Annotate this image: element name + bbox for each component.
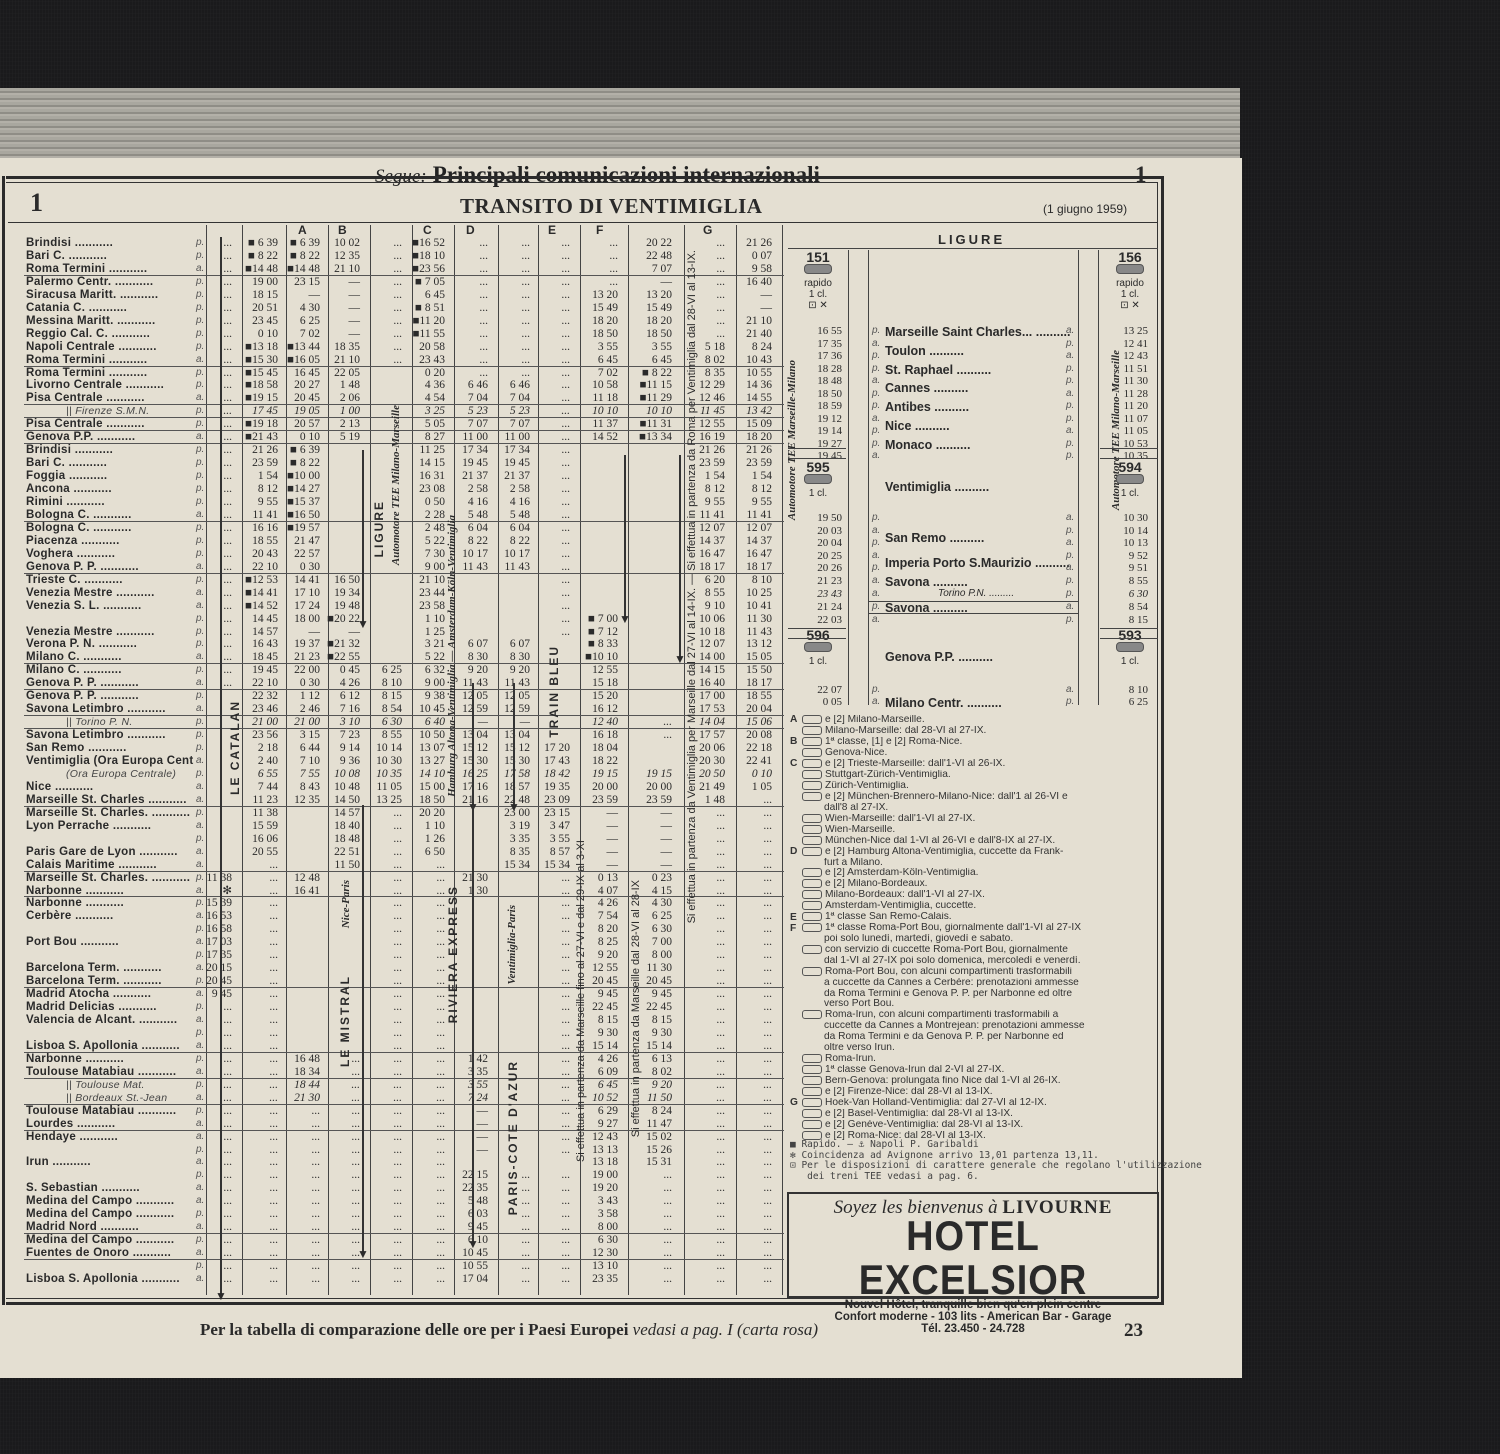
- station-name: Nice ..........: [885, 419, 950, 433]
- station-name: Genova P. P. ...........: [26, 690, 194, 702]
- time-cell: ...: [360, 897, 402, 909]
- time-cell: ...: [190, 1195, 232, 1207]
- footnote-text: Milano-Marseille: dal 28-VI al 27-IX.: [825, 726, 986, 736]
- arrival-departure-marker: a.: [196, 794, 204, 806]
- time-cell: ■ 7 05: [403, 276, 445, 288]
- time-cell: ...: [528, 315, 570, 327]
- time-cell: ...: [190, 392, 232, 404]
- timetable-row: Hendaye ...........a...................—…: [24, 1131, 784, 1143]
- time-cell: ...: [528, 1092, 570, 1104]
- row-separator: [24, 366, 784, 367]
- time-cell: ...: [488, 250, 530, 262]
- time-cell: ■10 10: [576, 651, 618, 663]
- time-cell: 1 10: [403, 613, 445, 625]
- time-cell: 23 59: [576, 794, 618, 806]
- time-cell: 0 10: [236, 328, 278, 340]
- time-cell: ...: [528, 600, 570, 612]
- time-cell: 12 05: [488, 690, 530, 702]
- station-name: Madrid Atocha ...........: [26, 988, 194, 1000]
- time-cell: 20 45: [190, 975, 232, 987]
- time-cell: ■15 45: [236, 367, 278, 379]
- footnote-text: Wien-Marseille: dall'1-VI al 27-IX.: [825, 814, 975, 824]
- time-cell: 21 40: [730, 328, 772, 340]
- arrow-down-icon: ▼: [467, 1237, 479, 1251]
- time-cell: ...: [528, 1118, 570, 1130]
- time-cell: 17 24: [278, 600, 320, 612]
- time-cell: 2 06: [318, 392, 360, 404]
- time-cell: ...: [360, 859, 402, 871]
- timetable-row: Lyon Perrache ...........a.15 5918 40...…: [24, 820, 784, 832]
- carriage-icon: [802, 726, 822, 735]
- time-cell: 8 54: [360, 703, 402, 715]
- time-cell: ...: [683, 1156, 725, 1168]
- footnote-letter: E: [790, 913, 802, 924]
- time-cell: 18 55: [730, 690, 772, 702]
- arrival-departure-marker: p.: [872, 601, 880, 612]
- station-name: Venezia Mestre ...........: [26, 587, 194, 599]
- time-cell: ...: [730, 975, 772, 987]
- time-cell: 19 05: [278, 405, 320, 417]
- time-cell: 6 30: [1108, 588, 1148, 600]
- timetable-row: Paris Gare de Lyon ...........a.20 5522 …: [24, 846, 784, 858]
- carriage-icon: [802, 1109, 822, 1118]
- arrival-departure-marker: a.: [872, 525, 880, 536]
- time-cell: ...: [190, 535, 232, 547]
- timetable-row: Pisa Centrale ...........a....■19 1520 4…: [24, 392, 784, 404]
- arrival-departure-marker: a.: [196, 755, 204, 767]
- footnote: Roma-Irun.: [790, 1054, 1160, 1065]
- time-cell: ...: [190, 496, 232, 508]
- time-cell: 2 18: [236, 742, 278, 754]
- column-letter: F: [596, 223, 603, 237]
- time-cell: ...: [730, 846, 772, 858]
- arrival-departure-marker: a.: [872, 450, 880, 461]
- time-cell: 14 15: [403, 457, 445, 469]
- time-cell: ...: [190, 289, 232, 301]
- footnote: a cuccette da Cannes a Cerbère: prenotaz…: [790, 978, 1160, 989]
- timetable-row: Nice ...........a.7 448 4310 4811 0515 0…: [24, 781, 784, 793]
- time-cell: ...: [730, 962, 772, 974]
- footnote: e [2] Genève-Ventimiglia: dal 28-VI al 1…: [790, 1120, 1160, 1131]
- time-cell: ...: [360, 923, 402, 935]
- time-cell: ...: [190, 1053, 232, 1065]
- time-cell: —: [446, 1131, 488, 1143]
- time-cell: ■ 8 22: [278, 457, 320, 469]
- arrival-departure-marker: a.: [872, 338, 880, 349]
- time-cell: 21 37: [488, 470, 530, 482]
- time-cell: ✻: [190, 885, 232, 897]
- time-cell: ...: [488, 1260, 530, 1272]
- time-cell: 19 20: [576, 1182, 618, 1194]
- time-cell: ...: [528, 405, 570, 417]
- footnote-text: Genova-Nice.: [825, 748, 887, 758]
- time-cell: 3 55: [446, 1079, 488, 1091]
- time-cell: ...: [683, 1066, 725, 1078]
- time-cell: ...: [190, 509, 232, 521]
- time-cell: 11 43: [730, 626, 772, 638]
- time-cell: ...: [190, 470, 232, 482]
- time-cell: 15 49: [630, 302, 672, 314]
- carriage-icon: [802, 737, 822, 746]
- row-separator: [24, 728, 784, 729]
- timetable-row: Venezia Mestre ...........a....■14 4117 …: [24, 587, 784, 599]
- time-cell: 3 47: [528, 820, 570, 832]
- time-cell: 10 10: [630, 405, 672, 417]
- arrival-departure-marker: p.: [872, 425, 880, 436]
- station-name: Bari C. ...........: [26, 457, 194, 469]
- time-cell: ...: [236, 1169, 278, 1181]
- carriage-icon: [802, 945, 822, 954]
- time-cell: ...: [236, 1118, 278, 1130]
- time-cell: 12 59: [488, 703, 530, 715]
- time-cell: ...: [528, 1079, 570, 1091]
- time-cell: 8 10: [360, 677, 402, 689]
- time-cell: ...: [190, 444, 232, 456]
- arrival-departure-marker: a.: [1066, 601, 1074, 612]
- time-cell: ...: [236, 1144, 278, 1156]
- through-train-arrow: [513, 683, 515, 808]
- footnote-text: da Roma Termini e da Genova P. P. per Na…: [824, 1032, 1064, 1042]
- time-cell: 18 48: [802, 375, 842, 387]
- time-cell: ■11 15: [630, 379, 672, 391]
- timetable-grid: ABCDEFG Brindisi ...........p....■ 6 39■…: [24, 225, 784, 1305]
- arrival-departure-marker: p.: [1066, 450, 1074, 461]
- arrival-departure-marker: p.: [1066, 363, 1074, 374]
- time-cell: ...: [190, 664, 232, 676]
- time-cell: 16 43: [236, 638, 278, 650]
- time-cell: ■ 8 33: [576, 638, 618, 650]
- timetable-row: Catania C. ...........p....20 514 30—...…: [24, 302, 784, 314]
- time-cell: ...: [360, 1131, 402, 1143]
- time-cell: ...: [190, 1001, 232, 1013]
- time-cell: 22 41: [730, 755, 772, 767]
- time-cell: ...: [576, 263, 618, 275]
- time-cell: 6 46: [446, 379, 488, 391]
- time-cell: ...: [190, 379, 232, 391]
- arrival-departure-marker: a.: [1066, 425, 1074, 436]
- time-cell: ...: [278, 1131, 320, 1143]
- time-cell: ...: [318, 1273, 360, 1285]
- time-cell: 6 25: [278, 315, 320, 327]
- time-cell: ...: [190, 405, 232, 417]
- time-cell: ...: [403, 1079, 445, 1091]
- footnote: Bern-Genova: prolungata fino Nice dal 1-…: [790, 1076, 1160, 1087]
- time-cell: 15 20: [576, 690, 618, 702]
- timetable-row: Savona Letimbro ...........p.23 563 157 …: [24, 729, 784, 741]
- time-cell: 10 41: [730, 600, 772, 612]
- time-cell: ...: [360, 846, 402, 858]
- station-name: Savona ..........: [885, 575, 968, 589]
- time-cell: 20 00: [576, 781, 618, 793]
- time-cell: 7 23: [318, 729, 360, 741]
- time-cell: 3 15: [278, 729, 320, 741]
- time-cell: —: [446, 1144, 488, 1156]
- time-cell: ...: [446, 276, 488, 288]
- time-cell: ...: [528, 1040, 570, 1052]
- footnote-text: dal 1-VI al 27-IX poi solo domenica, mer…: [824, 956, 1081, 966]
- station-name: Milano C. ...........: [26, 651, 194, 663]
- time-cell: 18 15: [236, 289, 278, 301]
- time-cell: 23 45: [236, 315, 278, 327]
- time-cell: 11 50: [318, 859, 360, 871]
- carriage-icon: [802, 923, 822, 932]
- timetable-row: || Toulouse Mat.p.......18 44.........3 …: [24, 1079, 784, 1091]
- arrow-down-icon: ▼: [357, 1247, 369, 1261]
- time-cell: ■14 48: [236, 263, 278, 275]
- time-cell: ...: [683, 949, 725, 961]
- time-cell: ...: [360, 872, 402, 884]
- timetable-row: Medina del Campo ...........p...........…: [24, 1208, 784, 1220]
- station-name: Pisa Centrale ...........: [26, 418, 194, 430]
- time-cell: ...: [730, 1221, 772, 1233]
- arrival-departure-marker: p.: [1066, 438, 1074, 449]
- time-cell: —: [630, 276, 672, 288]
- footnote-text: Zürich-Ventimiglia.: [825, 781, 909, 791]
- time-cell: 13 25: [360, 794, 402, 806]
- time-cell: 19 45: [488, 457, 530, 469]
- through-train-arrow: [624, 455, 626, 620]
- carriage-icon: [802, 912, 822, 921]
- time-cell: ■13 34: [630, 431, 672, 443]
- train-header: 151rapido1 cl.⊡ ✕: [792, 252, 844, 311]
- station-name: Savona Letimbro ...........: [26, 729, 194, 741]
- train-class: 1 cl.: [809, 656, 827, 667]
- timetable-row: p................9 309 30......: [24, 1027, 784, 1039]
- time-cell: ...: [190, 354, 232, 366]
- ligure-rule: [1100, 628, 1158, 629]
- time-cell: 19 00: [236, 276, 278, 288]
- time-cell: 20 03: [802, 525, 842, 537]
- arrival-departure-marker: p.: [1066, 588, 1074, 599]
- time-cell: 18 00: [278, 613, 320, 625]
- station-name: S. Sebastian ...........: [26, 1182, 194, 1194]
- arrival-departure-marker: p.: [1066, 525, 1074, 536]
- time-cell: 7 30: [403, 548, 445, 560]
- time-cell: ...: [403, 885, 445, 897]
- time-cell: 20 25: [802, 550, 842, 562]
- time-cell: ...: [278, 1221, 320, 1233]
- station-name: Ventimiglia (Ora Europa Centrale) ......…: [26, 755, 194, 767]
- time-cell: 2 58: [488, 483, 530, 495]
- time-cell: 14 57: [236, 626, 278, 638]
- time-cell: ...: [528, 1001, 570, 1013]
- time-cell: ...: [190, 522, 232, 534]
- footnote-text: da Roma Termini e Genova P. P. per Narbo…: [824, 989, 1072, 999]
- arrow-down-icon: ▼: [619, 612, 631, 626]
- time-cell: ...: [190, 574, 232, 586]
- arrival-departure-marker: p.: [1066, 575, 1074, 586]
- time-cell: 21 26: [730, 444, 772, 456]
- time-cell: 10 13: [1108, 537, 1148, 549]
- label-cote-azur-route: Ventimiglia-Paris: [506, 905, 518, 984]
- station-name: Ancona ...........: [26, 483, 194, 495]
- time-cell: ...: [528, 1014, 570, 1026]
- time-cell: ...: [190, 302, 232, 314]
- timetable-row: Milano C. ...........a....18 4521 23■22 …: [24, 651, 784, 663]
- time-cell: ...: [360, 1027, 402, 1039]
- time-cell: ...: [360, 237, 402, 249]
- station-name: Genova P.P. ...........: [26, 431, 194, 443]
- carriage-icon: [802, 868, 822, 877]
- time-cell: ...: [730, 1208, 772, 1220]
- ligure-divider: [868, 250, 869, 705]
- time-cell: 6 30: [576, 1234, 618, 1246]
- time-cell: ...: [190, 237, 232, 249]
- time-cell: 9 51: [1108, 562, 1148, 574]
- time-cell: 18 50: [630, 328, 672, 340]
- timetable-row: p.16 58............8 206 30......: [24, 923, 784, 935]
- time-cell: 6 25: [1108, 696, 1148, 708]
- footnote: con servizio di cuccette Roma-Port Bou, …: [790, 945, 1160, 956]
- footnote: F1ª classe Roma-Port Bou, giornalmente d…: [790, 923, 1160, 934]
- time-cell: ...: [630, 1195, 672, 1207]
- row-separator: [24, 871, 784, 872]
- station-name: Madrid Delicias ...........: [26, 1001, 194, 1013]
- time-cell: 15 00: [403, 781, 445, 793]
- time-cell: 6 44: [278, 742, 320, 754]
- time-cell: ...: [683, 1053, 725, 1065]
- timetable-row: Marseille St. Charles ...........a.11 23…: [24, 794, 784, 806]
- time-cell: 23 35: [576, 1273, 618, 1285]
- time-cell: ...: [190, 418, 232, 430]
- time-cell: ...: [190, 1014, 232, 1026]
- time-cell: ■19 57: [278, 522, 320, 534]
- time-cell: ...: [190, 1273, 232, 1285]
- time-cell: ...: [236, 859, 278, 871]
- time-cell: —: [576, 820, 618, 832]
- time-cell: ...: [318, 1144, 360, 1156]
- row-separator: [24, 404, 784, 405]
- time-cell: ...: [730, 1273, 772, 1285]
- time-cell: ...: [403, 1182, 445, 1194]
- timetable-row: Lourdes ...........a...................—…: [24, 1118, 784, 1130]
- time-cell: ...: [190, 1066, 232, 1078]
- station-name: Palermo Centr. ...........: [26, 276, 194, 288]
- time-cell: ■12 53: [236, 574, 278, 586]
- time-cell: 20 45: [278, 392, 320, 404]
- time-cell: ...: [730, 1066, 772, 1078]
- time-cell: 23 15: [528, 807, 570, 819]
- time-cell: 17 04: [446, 1273, 488, 1285]
- ligure-rule: [1100, 638, 1158, 639]
- time-cell: ...: [360, 1092, 402, 1104]
- station-name: Genova P.P. ..........: [885, 650, 993, 664]
- time-cell: 0 07: [730, 250, 772, 262]
- time-cell: ...: [730, 936, 772, 948]
- time-cell: 18 28: [802, 363, 842, 375]
- footnote-text: 1ª classe Roma-Port Bou, giornalmente da…: [825, 923, 1081, 933]
- footnote: Genova-Nice.: [790, 748, 1160, 759]
- time-cell: 12 41: [1108, 338, 1148, 350]
- time-cell: ...: [190, 367, 232, 379]
- time-cell: 6 03: [446, 1208, 488, 1220]
- time-cell: 12 07: [730, 522, 772, 534]
- time-cell: 10 35: [1108, 450, 1148, 462]
- time-cell: ...: [190, 638, 232, 650]
- station-name: Lisboa S. Apollonia ...........: [26, 1273, 194, 1285]
- time-cell: ...: [236, 962, 278, 974]
- time-cell: ...: [190, 626, 232, 638]
- timetable-row: Palermo Centr. ...........p....19 0023 1…: [24, 276, 784, 288]
- time-cell: ...: [236, 1014, 278, 1026]
- arrival-departure-marker: p.: [196, 807, 204, 819]
- time-cell: 18 40: [318, 820, 360, 832]
- time-cell: ...: [446, 263, 488, 275]
- time-cell: ...: [318, 1092, 360, 1104]
- footnote: E1ª classe San Remo-Calais.: [790, 912, 1160, 923]
- time-cell: 16 40: [730, 276, 772, 288]
- time-cell: ...: [190, 328, 232, 340]
- time-cell: ...: [190, 587, 232, 599]
- time-cell: 11 28: [1108, 388, 1148, 400]
- station-name: Marseille Saint Charles... ..........: [885, 325, 1071, 339]
- time-cell: 19 34: [318, 587, 360, 599]
- time-cell: ...: [190, 315, 232, 327]
- time-cell: 19 35: [528, 781, 570, 793]
- restaurant-icon: ⊡ ✕: [808, 300, 828, 311]
- arrival-departure-marker: p.: [196, 690, 204, 702]
- time-cell: —: [318, 315, 360, 327]
- time-cell: ...: [190, 1221, 232, 1233]
- time-cell: ...: [190, 613, 232, 625]
- time-cell: 14 52: [576, 431, 618, 443]
- time-cell: 23 43: [802, 588, 842, 600]
- time-cell: 16 31: [403, 470, 445, 482]
- time-cell: ...: [528, 276, 570, 288]
- timetable-row: p.17 35............9 208 00......: [24, 949, 784, 961]
- time-cell: ...: [360, 1234, 402, 1246]
- timetable-row: Brindisi ...........p....21 26■ 6 3911 2…: [24, 444, 784, 456]
- time-cell: ...: [730, 1040, 772, 1052]
- time-cell: 13 27: [403, 755, 445, 767]
- footnote-letter: B: [790, 737, 802, 748]
- footnote: Ce [2] Trieste-Marseille: dall'1-VI al 2…: [790, 759, 1160, 770]
- time-cell: 1 00: [318, 405, 360, 417]
- timetable-row: Narbonne ...........a.✻...16 41......1 3…: [24, 885, 784, 897]
- time-cell: ...: [683, 1208, 725, 1220]
- time-cell: 21 24: [802, 601, 842, 613]
- time-cell: 9 00: [403, 561, 445, 573]
- time-cell: 12 43: [1108, 350, 1148, 362]
- timetable-row: Marseille St. Charles. ...........p.11 3…: [24, 872, 784, 884]
- timetable-row: San Remo ...........p.2 186 449 1410 141…: [24, 742, 784, 754]
- time-cell: ...: [683, 1247, 725, 1259]
- time-cell: 17 03: [190, 936, 232, 948]
- time-cell: 15 49: [576, 302, 618, 314]
- row-separator: [24, 663, 784, 664]
- row-separator: [24, 573, 784, 574]
- time-cell: 22 51: [318, 846, 360, 858]
- time-cell: 7 04: [488, 392, 530, 404]
- footnote: dall'8 al 27-IX.: [790, 803, 1160, 814]
- ligure-divider: [1098, 250, 1099, 705]
- station-name: Savona Letimbro ...........: [26, 703, 194, 715]
- time-cell: ■ 8 22: [278, 250, 320, 262]
- time-cell: 17 34: [488, 444, 530, 456]
- time-cell: ...: [403, 988, 445, 1000]
- time-cell: 7 44: [236, 781, 278, 793]
- time-cell: ...: [190, 457, 232, 469]
- footnotes: Ae [2] Milano-Marseille.Milano-Marseille…: [790, 715, 1160, 1142]
- column-letter: E: [548, 223, 556, 237]
- restaurant-icon: ⊡ ✕: [1120, 300, 1140, 311]
- time-cell: 2 48: [403, 522, 445, 534]
- time-cell: ...: [488, 354, 530, 366]
- time-cell: ...: [528, 289, 570, 301]
- label-tee-milano-marseille: Automotore TEE Milano-Marseille: [390, 405, 402, 565]
- time-cell: —: [630, 833, 672, 845]
- time-cell: ...: [683, 923, 725, 935]
